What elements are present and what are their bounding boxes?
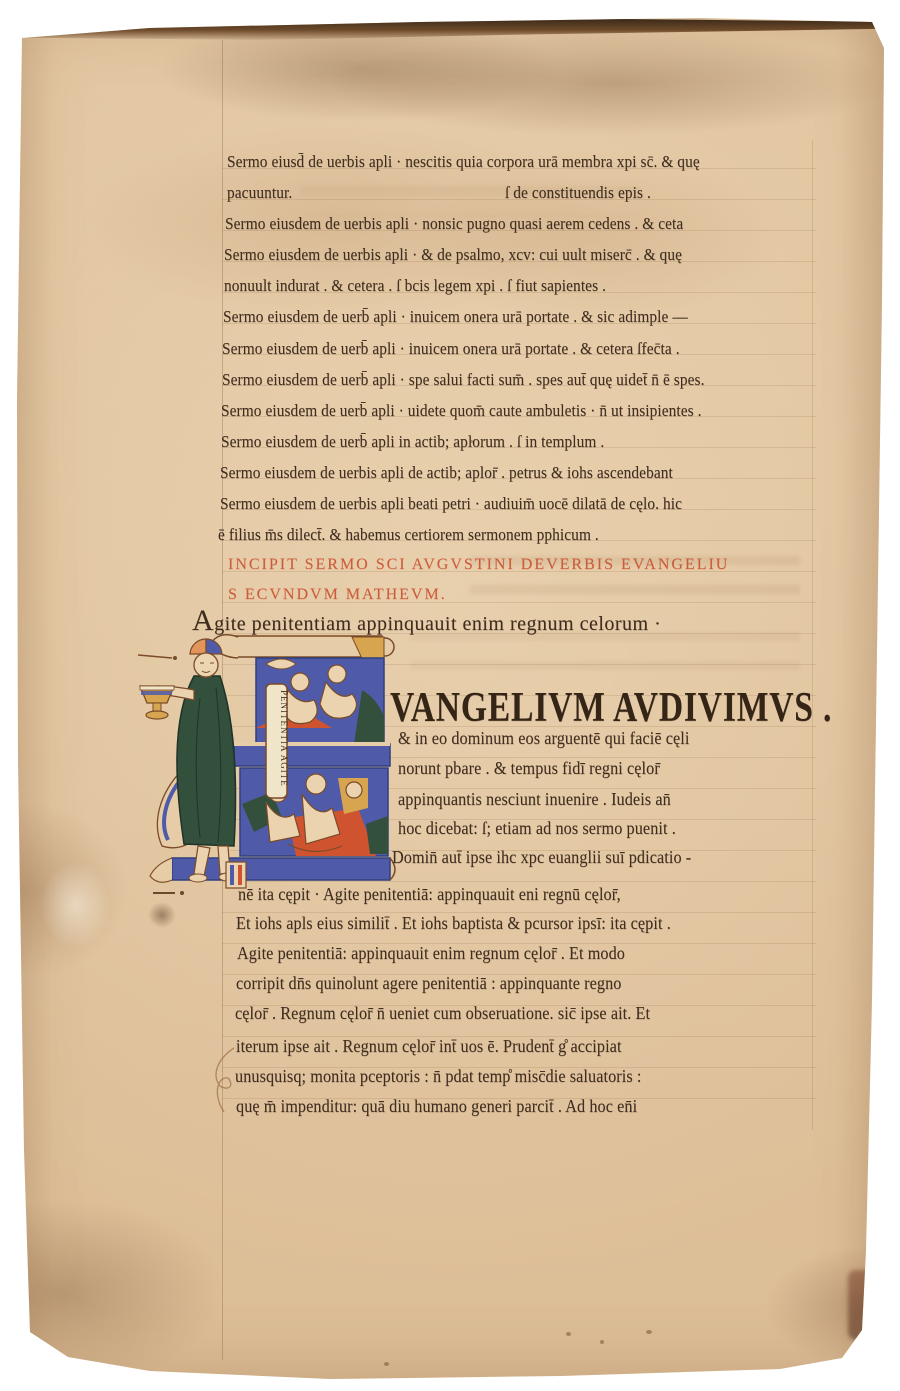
speck [384, 1362, 389, 1366]
parchment-leaf: Sermo eiusd̄ de uerbis apli · nescitis q… [0, 0, 900, 1391]
index-line: Sermo eiusd̄ de uerbis apli · nescitis q… [227, 152, 700, 172]
body-line: unusquisq; monita pceptoris : n̄ pdat te… [235, 1066, 641, 1087]
speck [646, 1330, 652, 1334]
index-line: Sermo eiusdem de uerbis apli beati petri… [220, 494, 682, 514]
display-heading: VANGELIVM AVDIVIMVS . [390, 684, 832, 732]
page-top-edge [20, 19, 876, 41]
page-background: Sermo eiusd̄ de uerbis apli · nescitis q… [0, 0, 900, 1391]
parchment-patch [40, 862, 110, 948]
index-line: Sermo eiusdem de uerb̄ apli · spe salui … [222, 370, 705, 390]
body-line: Agite penitentiā: appinquauit enim regnu… [237, 943, 625, 964]
initial-lower-compartment [240, 768, 388, 856]
body-line: appinquantis nesciunt inuenire . Iudeis … [398, 789, 671, 810]
index-line: Sermo eiusdem de uerbis apli de actib; a… [220, 463, 673, 483]
body-line: Domin̄ aut̄ ipse ihc xpc euanglii suī pd… [392, 847, 691, 868]
body-line: corripit dn̄s quinolunt agere penitentiā… [236, 973, 621, 994]
body-line: hoc dicebat: ſ; etiam ad nos sermo pueni… [398, 818, 676, 839]
rubric-line: S ECVNDVM MATHEVM. [228, 586, 447, 604]
index-line-hang-left: pacuuntur. [227, 183, 292, 203]
body-line: Et iohs apls eius similit̄ . Et iohs bap… [236, 913, 671, 934]
index-line: ē filius m̄s dilect̄. & habemus certiore… [218, 525, 599, 545]
body-line: norunt pbare . & tempus fidī regni cęlor… [398, 758, 660, 779]
speck [566, 1332, 571, 1336]
scroll-banner: PENITENTIA AGITE [266, 684, 289, 798]
index-line: Sermo eiusdem de uerbis apli · nonsic pu… [225, 214, 683, 234]
initial-middle-bar [234, 744, 390, 766]
index-line: Sermo eiusdem de uerb̄ apli · uidete quo… [221, 401, 702, 421]
standing-figure [157, 639, 237, 882]
speck [470, 440, 473, 443]
body-line: cęlor̄ . Regnum cęlor̄ n̄ ueniet cum obs… [235, 1003, 650, 1024]
index-line: Sermo eiusdem de uerb̄ apli · inuicem on… [222, 339, 680, 359]
vertical-ruling-right [812, 140, 813, 1130]
index-line: Sermo eiusdem de uerbis apli · & de psal… [224, 245, 682, 265]
initial-bottom-bar [150, 858, 395, 882]
speck [600, 1340, 604, 1344]
body-line: quę m̄ impenditur: quā diu humano generi… [236, 1096, 637, 1117]
margin-rod-knob [173, 656, 177, 660]
margin-squiggle [204, 1046, 240, 1116]
margin-dash-mark [152, 886, 192, 900]
rubric-line: INCIPIT SERMO SCI AVGVSTINI DEVERBIS EVA… [228, 556, 729, 574]
index-line: Sermo eiusdem de uerb̄ apli · inuicem on… [223, 307, 688, 327]
body-line: iterum ipse ait . Regnum cęlor̄ int̄ uos… [236, 1036, 622, 1057]
ink-stain [148, 902, 176, 928]
body-line: nē ita cępit · Agite penitentiā: appinqu… [238, 884, 621, 905]
index-line: Sermo eiusdem de uerb̄ apli in actib; ap… [221, 432, 604, 452]
body-line: & in eo dominum eos arguentē qui faciē c… [398, 728, 689, 749]
chalice-icon [140, 686, 174, 719]
margin-rod [138, 655, 172, 658]
illuminated-initial-e: PENITENTIA AGITE [138, 628, 396, 896]
edge-stain [848, 1270, 874, 1340]
index-line: nonuult indurat . & cetera . ſ bcis lege… [224, 276, 606, 296]
scroll-text: PENITENTIA AGITE [279, 690, 289, 787]
index-line-hang-right: ſ de constituendis epis . [505, 183, 651, 203]
